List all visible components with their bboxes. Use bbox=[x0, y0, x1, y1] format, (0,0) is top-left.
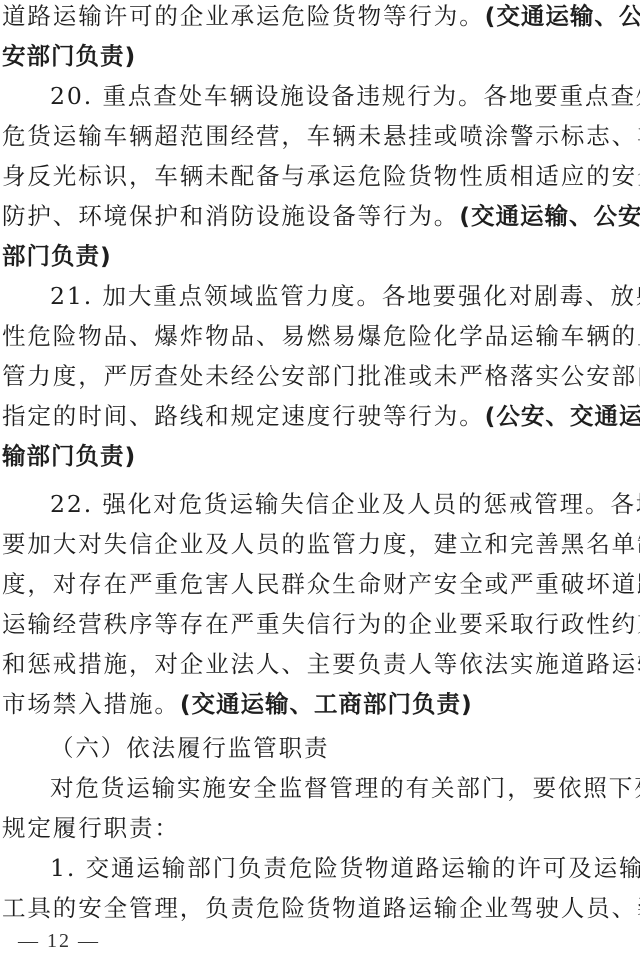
text-line: 指定的时间、路线和规定速度行驶等行为。(公安、交通运 bbox=[2, 396, 638, 436]
page-number: — 12 — bbox=[18, 930, 100, 953]
text-bold: (交通运输、公安 bbox=[459, 202, 640, 230]
text-bold: (交通运输、公 bbox=[485, 2, 640, 30]
text-normal: 21. 加大重点领域监管力度。各地要强化对剧毒、放射 bbox=[50, 282, 640, 310]
text-line: 市场禁入措施。(交通运输、工商部门负责) bbox=[2, 684, 638, 724]
text-normal: 对危货运输实施安全监督管理的有关部门，要依照下列 bbox=[50, 774, 640, 802]
text-normal: 工具的安全管理，负责危险货物道路运输企业驾驶人员、装 bbox=[2, 894, 640, 922]
paragraph-start: 对危货运输实施安全监督管理的有关部门，要依照下列 bbox=[2, 768, 638, 808]
text-normal: 性危险物品、爆炸物品、易燃易爆危险化学品运输车辆的监 bbox=[2, 322, 640, 350]
text-normal: 规定履行职责： bbox=[2, 814, 180, 842]
text-normal: 市场禁入措施。 bbox=[2, 690, 180, 718]
text-line: 规定履行职责： bbox=[2, 808, 638, 848]
text-line: 管力度，严厉查处未经公安部门批准或未严格落实公安部门 bbox=[2, 356, 638, 396]
text-line: 道路运输许可的企业承运危险货物等行为。(交通运输、公 bbox=[2, 0, 638, 36]
text-normal: 度，对存在严重危害人民群众生命财产安全或严重破坏道路 bbox=[2, 570, 640, 598]
text-normal: 指定的时间、路线和规定速度行驶等行为。 bbox=[2, 402, 485, 430]
text-normal: 道路运输许可的企业承运危险货物等行为。 bbox=[2, 2, 485, 30]
text-normal: 要加大对失信企业及人员的监管力度，建立和完善黑名单制 bbox=[2, 530, 640, 558]
text-bold: 安部门负责) bbox=[2, 42, 136, 70]
text-normal: 防护、环境保护和消防设施设备等行为。 bbox=[2, 202, 459, 230]
text-line: 部门负责) bbox=[2, 236, 638, 276]
text-line: 防护、环境保护和消防设施设备等行为。(交通运输、公安 bbox=[2, 196, 638, 236]
text-line: 危货运输车辆超范围经营，车辆未悬挂或喷涂警示标志、车 bbox=[2, 116, 638, 156]
paragraph-1-start: 1. 交通运输部门负责危险货物道路运输的许可及运输 bbox=[2, 848, 638, 888]
text-line: 工具的安全管理，负责危险货物道路运输企业驾驶人员、装 bbox=[2, 888, 638, 928]
paragraph-20-start: 20. 重点查处车辆设施设备违规行为。各地要重点查处 bbox=[2, 76, 638, 116]
text-bold: 输部门负责) bbox=[2, 442, 136, 470]
text-line: 输部门负责) bbox=[2, 436, 638, 476]
text-line: 度，对存在严重危害人民群众生命财产安全或严重破坏道路 bbox=[2, 564, 638, 604]
paragraph-21-start: 21. 加大重点领域监管力度。各地要强化对剧毒、放射 bbox=[2, 276, 638, 316]
text-line: 运输经营秩序等存在严重失信行为的企业要采取行政性约束 bbox=[2, 604, 638, 644]
text-line: 要加大对失信企业及人员的监管力度，建立和完善黑名单制 bbox=[2, 524, 638, 564]
text-normal: 22. 强化对危货运输失信企业及人员的惩戒管理。各地 bbox=[50, 490, 640, 518]
text-line: 和惩戒措施，对企业法人、主要负责人等依法实施道路运输 bbox=[2, 644, 638, 684]
text-line: 身反光标识，车辆未配备与承运危险货物性质相适应的安全 bbox=[2, 156, 638, 196]
text-normal: （六）依法履行监管职责 bbox=[50, 734, 329, 762]
text-line: 性危险物品、爆炸物品、易燃易爆危险化学品运输车辆的监 bbox=[2, 316, 638, 356]
text-normal: 运输经营秩序等存在严重失信行为的企业要采取行政性约束 bbox=[2, 610, 640, 638]
text-normal: 20. 重点查处车辆设施设备违规行为。各地要重点查处 bbox=[50, 82, 640, 110]
text-normal: 1. 交通运输部门负责危险货物道路运输的许可及运输 bbox=[50, 854, 640, 882]
text-bold: (公安、交通运 bbox=[485, 402, 640, 430]
section-heading: （六）依法履行监管职责 bbox=[2, 728, 638, 768]
text-line: 安部门负责) bbox=[2, 36, 638, 76]
text-bold: 部门负责) bbox=[2, 242, 112, 270]
text-normal: 管力度，严厉查处未经公安部门批准或未严格落实公安部门 bbox=[2, 362, 640, 390]
text-normal: 危货运输车辆超范围经营，车辆未悬挂或喷涂警示标志、车 bbox=[2, 122, 640, 150]
text-normal: 和惩戒措施，对企业法人、主要负责人等依法实施道路运输 bbox=[2, 650, 640, 678]
paragraph-22-start: 22. 强化对危货运输失信企业及人员的惩戒管理。各地 bbox=[2, 484, 638, 524]
text-bold: (交通运输、工商部门负责) bbox=[180, 690, 473, 718]
text-normal: 身反光标识，车辆未配备与承运危险货物性质相适应的安全 bbox=[2, 162, 640, 190]
